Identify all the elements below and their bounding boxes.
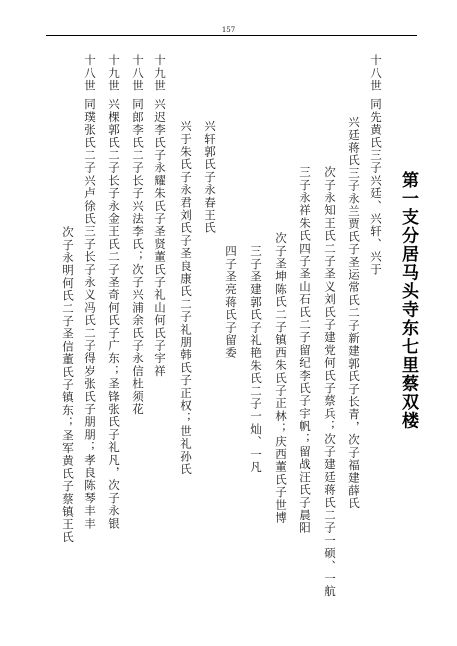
chapter-title: 第一支分居马头寺东七里蔡双楼 [396,171,421,430]
column-text: 兴棵郭氏二子长子永金王氏二子圣奇何氏子广东；圣锋张氏子礼凡，次子永银 [107,98,121,530]
text-column-3: 次子永知王氏二子圣义刘氏子建党何氏子蔡兵；次子建廷蒋氏二子一硕、一航 [323,166,336,598]
page-number: 157 [0,26,457,34]
column-text: 三子永祥朱氏四子圣山石氏二子留纪李氏子宇帆；留战汪氏子晨阳 [298,166,312,534]
column-text: 同先黄氏三子兴廷、兴轩、兴于 [369,98,383,276]
text-column-5: 次子圣坤陈氏二子镇西朱氏子正林；庆西董氏子世博 [274,232,287,524]
generation-label: 十八世 [131,54,145,92]
column-text: 兴轩郭氏子永春王氏 [203,120,217,234]
generation-label: 十九世 [153,54,167,92]
text-column-13: 十八世同璞张氏二子兴卢徐氏三子长子永义冯氏二子得岁张氏子朋朋；孝良陈琴丰丰 [83,54,96,530]
column-text: 兴廷蒋氏三子永兰贾氏子圣运常氏二子新建郭氏子长青，次子福建薛氏 [347,116,361,510]
column-text: 次子圣坤陈氏二子镇西朱氏子正林；庆西董氏子世博 [274,232,288,524]
text-column-12: 十九世兴棵郭氏二子长子永金王氏二子圣奇何氏子广东；圣锋张氏子礼凡，次子永银 [107,54,120,530]
text-column-9: 兴于朱氏子永君刘氏子圣良康氏二子礼朋韩氏子正权；世礼孙氏 [179,120,192,476]
column-text: 三子圣建郭氏子礼艳朱氏二子一灿、一凡 [249,245,263,474]
column-text: 次子永知王氏二子圣义刘氏子建党何氏子蔡兵；次子建廷蒋氏二子一硕、一航 [323,166,337,598]
text-column-10: 十九世兴迟李氏子永耀朱氏子圣贤董氏子礼山何氏子宇祥 [153,54,166,378]
column-text: 次子永明何氏二子圣信董氏子镇东；圣军黄氏子蔡镇王氏 [61,226,75,544]
text-column-6: 三子圣建郭氏子礼艳朱氏二子一灿、一凡 [249,245,262,474]
header-rule [46,35,417,36]
generation-label: 十八世 [369,54,383,92]
column-text: 兴迟李氏子永耀朱氏子圣贤董氏子礼山何氏子宇祥 [153,98,167,377]
column-text: 同璞张氏二子兴卢徐氏三子长子永义冯氏二子得岁张氏子朋朋；孝良陈琴丰丰 [83,98,97,530]
generation-label: 十九世 [107,54,121,92]
text-column-2: 兴廷蒋氏三子永兰贾氏子圣运常氏二子新建郭氏子长青，次子福建薛氏 [347,116,360,510]
text-column-14: 次子永明何氏二子圣信董氏子镇东；圣军黄氏子蔡镇王氏 [61,226,74,544]
column-text: 四子圣亮蒋氏子留委 [224,245,238,359]
generation-label: 十八世 [83,54,97,92]
column-text: 兴于朱氏子永君刘氏子圣良康氏二子礼朋韩氏子正权；世礼孙氏 [179,120,193,476]
text-column-8: 兴轩郭氏子永春王氏 [203,120,216,234]
text-column-1: 十八世同先黄氏三子兴廷、兴轩、兴于 [369,54,382,276]
text-column-4: 三子永祥朱氏四子圣山石氏二子留纪李氏子宇帆；留战汪氏子晨阳 [298,166,311,534]
column-text: 同郎李氏二子长子兴法李氏；次子兴浦余氏子永信杜须花 [131,98,145,416]
text-column-11: 十八世同郎李氏二子长子兴法李氏；次子兴浦余氏子永信杜须花 [131,54,144,416]
text-column-7: 四子圣亮蒋氏子留委 [224,245,237,359]
